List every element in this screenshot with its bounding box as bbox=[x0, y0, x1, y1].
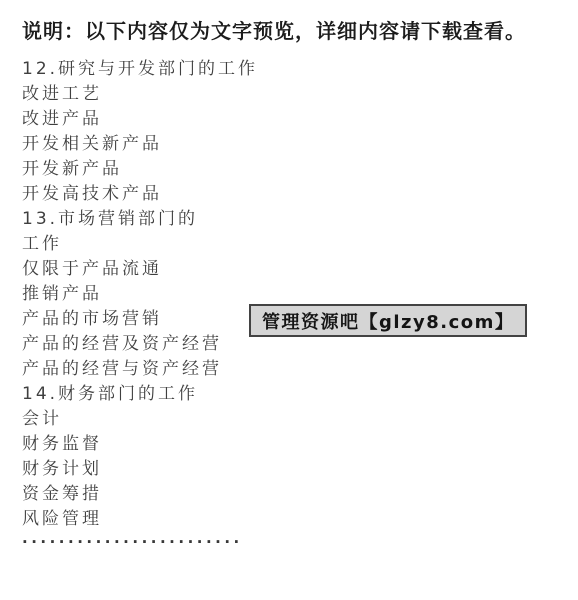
preview-line: 改进工艺 bbox=[22, 82, 258, 107]
preview-line: 12.研究与开发部门的工作 bbox=[22, 57, 258, 82]
watermark-label: 管理资源吧【glzy8.com】 bbox=[262, 308, 514, 334]
preview-line: 改进产品 bbox=[22, 107, 258, 132]
preview-line: 资金筹措 bbox=[22, 482, 258, 507]
preview-line: 14.财务部门的工作 bbox=[22, 382, 258, 407]
preview-line: 仅限于产品流通 bbox=[22, 257, 258, 282]
ellipsis-row: ........................ bbox=[22, 529, 243, 547]
preview-line: 13.市场营销部门的 bbox=[22, 207, 258, 232]
preview-line: 推销产品 bbox=[22, 282, 258, 307]
preview-line: 开发新产品 bbox=[22, 157, 258, 182]
preview-line: 会计 bbox=[22, 407, 258, 432]
preview-notice: 说明：以下内容仅为文字预览，详细内容请下载查看。 bbox=[22, 15, 526, 44]
preview-line: 产品的市场营销 bbox=[22, 307, 258, 332]
preview-line: 产品的经营与资产经营 bbox=[22, 357, 258, 382]
preview-line: 开发高技术产品 bbox=[22, 182, 258, 207]
preview-line: 财务监督 bbox=[22, 432, 258, 457]
preview-text-block: 12.研究与开发部门的工作 改进工艺 改进产品 开发相关新产品 开发新产品 开发… bbox=[22, 57, 258, 532]
document-preview-page: 说明：以下内容仅为文字预览，详细内容请下载查看。 12.研究与开发部门的工作 改… bbox=[0, 0, 578, 600]
watermark-badge: 管理资源吧【glzy8.com】 bbox=[249, 304, 527, 337]
preview-line: 开发相关新产品 bbox=[22, 132, 258, 157]
preview-line: 产品的经营及资产经营 bbox=[22, 332, 258, 357]
preview-line: 财务计划 bbox=[22, 457, 258, 482]
preview-line: 工作 bbox=[22, 232, 258, 257]
